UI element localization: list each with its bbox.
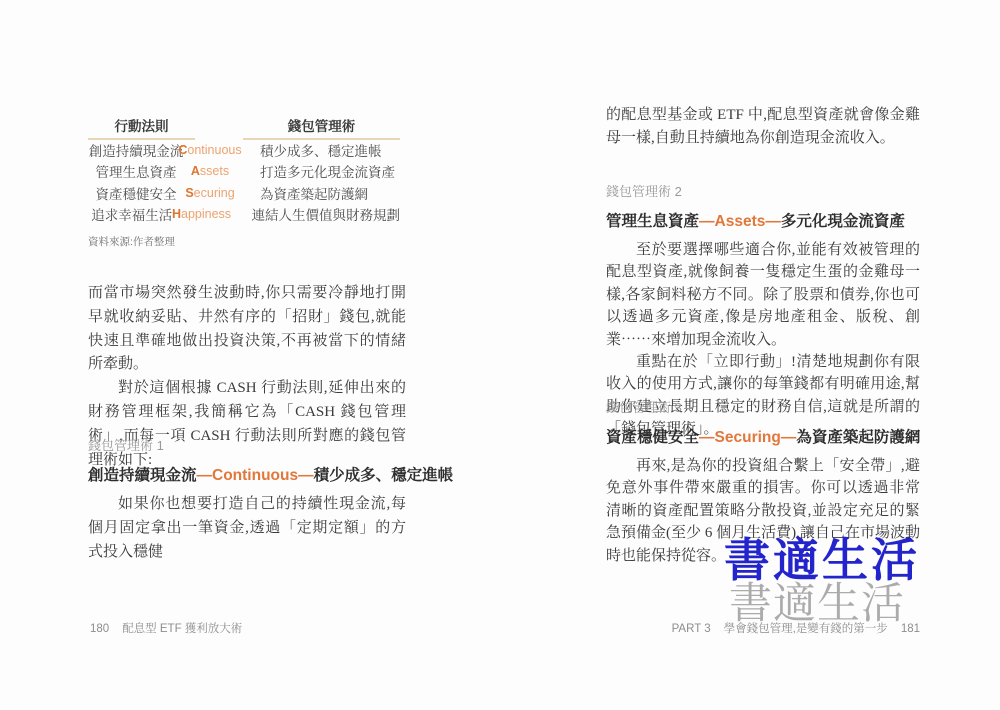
heading-zh-pre: 創造持續現金流 — [88, 467, 197, 484]
cash-principles-table: 行動法則 錢包管理術 創造持續現金流 Continuous 積少成多、穩定進帳 … — [88, 113, 400, 249]
cash-initial: A — [191, 164, 200, 178]
table-row: 資產穩健安全 Securing 為資產築起防護網 — [88, 182, 400, 204]
cash-initial: S — [185, 186, 193, 200]
table-rule-left — [88, 138, 195, 140]
english-cell: Happiness — [176, 207, 228, 221]
table-rule-right — [243, 138, 400, 140]
paragraph: 而當市場突然發生波動時,你只需要冷靜地打開早就收納妥貼、井然有序的「招財」錢包,… — [88, 282, 406, 377]
section-label: 錢包管理術 2 — [606, 181, 920, 200]
heading-zh-pre: 管理生息資產 — [606, 213, 699, 230]
english-cell: Assets — [184, 164, 236, 178]
section-wallet-technique-1: 錢包管理術 1 創造持續現金流—Continuous—積少成多、穩定進帳 如果你… — [88, 435, 406, 564]
left-page-footer: 180 配息型 ETF 獲利放大術 — [90, 620, 242, 636]
table-header-principles: 行動法則 — [88, 115, 195, 135]
cash-initial: C — [178, 143, 187, 157]
paragraph: 如果你也想要打造自己的持續性現金流,每個月固定拿出一筆資金,透過「定期定額」的方… — [88, 493, 406, 564]
table-row: 創造持續現金流 Continuous 積少成多、穩定進帳 — [88, 139, 400, 161]
paragraph: 的配息型基金或 ETF 中,配息型資產就會像金雞母一樣,自動且持續地為你創造現金… — [606, 104, 920, 150]
section-heading: 管理生息資產—Assets—多元化現金流資產 — [606, 209, 920, 231]
table-header-row: 行動法則 錢包管理術 — [88, 113, 400, 139]
principle-cell: 資產穩健安全 — [88, 183, 184, 203]
heading-en-keyword: —Assets— — [699, 213, 781, 230]
table-header-wallet: 錢包管理術 — [243, 115, 400, 135]
section-heading: 資產穩健安全—Securing—為資產築起防護網 — [606, 425, 920, 447]
section-label: 錢包管理術 1 — [88, 435, 406, 454]
part-label: PART 3 — [672, 623, 711, 635]
cash-word-rest: ssets — [200, 164, 229, 178]
heading-en-keyword: —Securing— — [699, 429, 796, 446]
heading-en-keyword: —Continuous— — [197, 467, 314, 484]
paragraph: 至於要選擇哪些適合你,並能有效被管理的配息型資產,就像飼養一隻穩定生蛋的金雞母一… — [606, 239, 920, 351]
heading-zh-post: 積少成多、穩定進帳 — [314, 467, 454, 484]
result-cell: 為資產築起防護網 — [236, 183, 400, 203]
principle-cell: 管理生息資產 — [88, 161, 184, 181]
english-cell: Continuous — [184, 143, 236, 157]
page-number: 181 — [901, 623, 920, 635]
right-page-footer: PART 3 學會錢包管理,是變有錢的第一步 181 — [672, 620, 920, 636]
section-heading: 創造持續現金流—Continuous—積少成多、穩定進帳 — [88, 463, 406, 485]
chapter-title: 學會錢包管理,是變有錢的第一步 — [724, 620, 888, 636]
table-row: 管理生息資產 Assets 打造多元化現金流資產 — [88, 161, 400, 183]
book-title: 配息型 ETF 獲利放大術 — [122, 620, 242, 636]
principle-cell: 創造持續現金流 — [88, 140, 184, 160]
principle-cell: 追求幸福生活 — [88, 204, 176, 224]
heading-zh-post: 為資產築起防護網 — [796, 429, 920, 446]
result-cell: 打造多元化現金流資產 — [236, 161, 400, 181]
result-cell: 積少成多、穩定進帳 — [236, 140, 400, 160]
section-label: 錢包管理術 3 — [606, 397, 920, 416]
book-spread: 行動法則 錢包管理術 創造持續現金流 Continuous 積少成多、穩定進帳 … — [0, 0, 1000, 710]
cash-word-rest: appiness — [181, 207, 231, 221]
cash-initial: H — [172, 207, 181, 221]
page-number: 180 — [90, 623, 109, 635]
table-source-note: 資料來源:作者整理 — [88, 234, 400, 249]
cash-word-rest: ontinuous — [187, 143, 241, 157]
heading-zh-post: 多元化現金流資產 — [781, 213, 905, 230]
right-body-continued: 的配息型基金或 ETF 中,配息型資產就會像金雞母一樣,自動且持續地為你創造現金… — [606, 104, 920, 150]
heading-zh-pre: 資產穩健安全 — [606, 429, 699, 446]
english-cell: Securing — [184, 186, 236, 200]
result-cell: 連結人生價值與財務規劃 — [228, 204, 401, 224]
cash-word-rest: ecuring — [194, 186, 235, 200]
table-row: 追求幸福生活 Happiness 連結人生價值與財務規劃 — [88, 204, 400, 226]
